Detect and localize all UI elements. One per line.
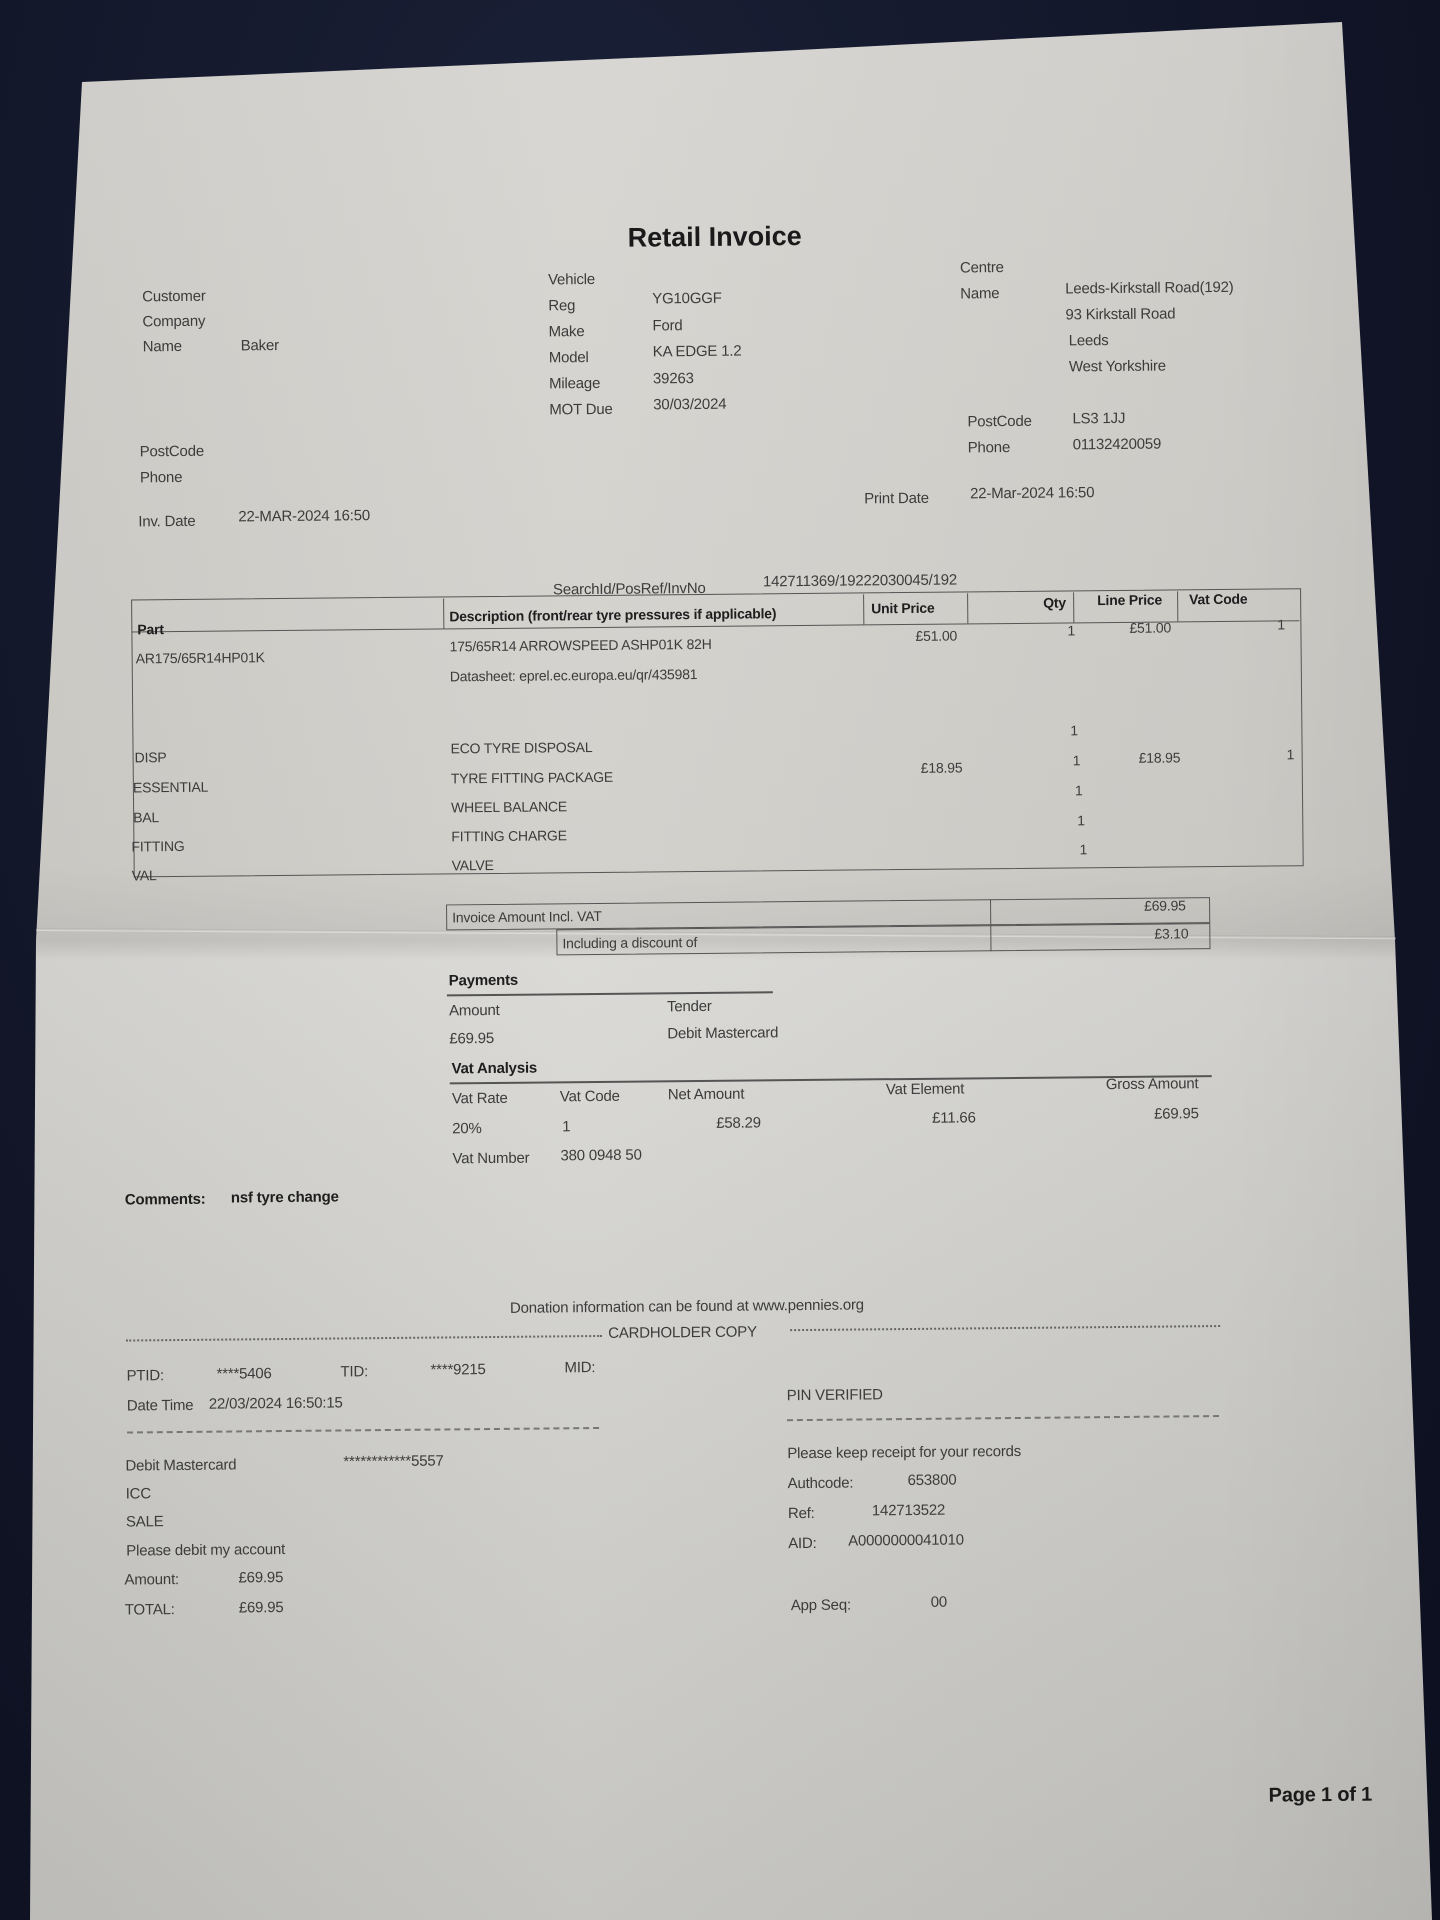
ptid-label: PTID: bbox=[126, 1367, 164, 1384]
comments-text: nsf tyre change bbox=[231, 1188, 339, 1206]
customer-company-label: Company bbox=[142, 313, 205, 331]
receipt-divider-left bbox=[127, 1427, 599, 1434]
keep-receipt-notice: Please keep receipt for your records bbox=[787, 1443, 1021, 1462]
row-description: VALVE bbox=[452, 857, 494, 873]
col-header-vat-code: Vat Code bbox=[1189, 591, 1247, 608]
payments-amount-label: Amount bbox=[449, 1002, 500, 1019]
pin-verified: PIN VERIFIED bbox=[787, 1386, 883, 1404]
customer-name: Baker bbox=[241, 337, 279, 354]
app-seq-label: App Seq: bbox=[791, 1597, 851, 1615]
payments-amount: £69.95 bbox=[449, 1030, 494, 1047]
customer-section-label: Customer bbox=[142, 288, 206, 306]
vat-analysis-underline bbox=[450, 1075, 1212, 1084]
receipt-divider-right bbox=[787, 1415, 1219, 1421]
receipt-amount: £69.95 bbox=[238, 1569, 283, 1586]
icc-label: ICC bbox=[126, 1485, 151, 1502]
row-unit-price: £18.95 bbox=[921, 759, 963, 775]
table-border bbox=[131, 588, 1304, 877]
row-part: AR175/65R14HP01K bbox=[136, 649, 265, 666]
centre-postcode-label: PostCode bbox=[967, 413, 1031, 431]
row-qty: 1 bbox=[1070, 722, 1078, 738]
vat-analysis-heading: Vat Analysis bbox=[452, 1060, 538, 1078]
tid-value: ****9215 bbox=[430, 1361, 485, 1379]
row-part: ESSENTIAL bbox=[133, 779, 208, 796]
inv-date: 22-MAR-2024 16:50 bbox=[238, 507, 370, 525]
authcode-label: Authcode: bbox=[788, 1475, 854, 1493]
comments-label: Comments: bbox=[125, 1191, 206, 1209]
authcode-value: 653800 bbox=[908, 1472, 957, 1489]
card-number: ************5557 bbox=[343, 1452, 443, 1470]
datetime-value: 22/03/2024 16:50:15 bbox=[209, 1394, 343, 1412]
aid-value: A0000000041010 bbox=[848, 1531, 964, 1549]
vehicle-make-label: Make bbox=[548, 323, 584, 340]
row-qty: 1 bbox=[1077, 812, 1085, 828]
ptid-value: ****5406 bbox=[216, 1365, 271, 1383]
vat-code: 1 bbox=[562, 1118, 570, 1135]
vat-col-gross: Gross Amount bbox=[1106, 1075, 1199, 1093]
datetime-label: Date Time bbox=[127, 1397, 194, 1415]
row-part: FITTING bbox=[131, 838, 184, 855]
row-vat-code: 1 bbox=[1287, 746, 1295, 762]
ref-label: Ref: bbox=[788, 1505, 815, 1522]
centre-address-line-1: Leeds-Kirkstall Road(192) bbox=[1065, 279, 1234, 298]
card-type: Debit Mastercard bbox=[125, 1456, 236, 1474]
row-part: DISP bbox=[135, 749, 167, 765]
banner-dots-right bbox=[790, 1325, 1220, 1331]
centre-address-line-3: Leeds bbox=[1069, 332, 1109, 349]
row-unit-price: £51.00 bbox=[915, 628, 957, 644]
vehicle-model-label: Model bbox=[549, 349, 589, 366]
receipt-total-label: TOTAL: bbox=[125, 1601, 175, 1618]
vat-gross-amount: £69.95 bbox=[1154, 1105, 1199, 1122]
donation-info: Donation information can be found at www… bbox=[510, 1296, 864, 1316]
banner-dots-left bbox=[126, 1335, 602, 1342]
ref-value: 142713522 bbox=[872, 1502, 945, 1520]
row-line-price: £51.00 bbox=[1129, 619, 1171, 635]
invoice-amount: £69.95 bbox=[1144, 897, 1186, 913]
vat-rate: 20% bbox=[452, 1120, 482, 1137]
centre-phone: 01132420059 bbox=[1073, 436, 1162, 454]
app-seq-value: 00 bbox=[931, 1594, 947, 1611]
vat-col-rate: Vat Rate bbox=[452, 1090, 508, 1108]
col-header-unit-price: Unit Price bbox=[871, 600, 935, 617]
vat-col-element: Vat Element bbox=[886, 1080, 965, 1098]
row-qty: 1 bbox=[1079, 841, 1087, 857]
aid-label: AID: bbox=[788, 1535, 817, 1552]
customer-name-label: Name bbox=[143, 338, 182, 355]
row-vat-code: 1 bbox=[1277, 616, 1285, 632]
tid-label: TID: bbox=[340, 1363, 368, 1380]
row-line-price: £18.95 bbox=[1139, 749, 1181, 765]
cardholder-copy-banner: CARDHOLDER COPY bbox=[608, 1323, 757, 1341]
print-date: 22-Mar-2024 16:50 bbox=[970, 484, 1094, 502]
centre-address-line-2: 93 Kirkstall Road bbox=[1065, 305, 1175, 323]
vehicle-mileage-label: Mileage bbox=[549, 375, 600, 392]
customer-postcode-label: PostCode bbox=[140, 443, 204, 461]
invoice-amount-label: Invoice Amount Incl. VAT bbox=[452, 908, 602, 925]
vat-col-net: Net Amount bbox=[668, 1086, 745, 1104]
row-qty: 1 bbox=[1067, 622, 1075, 638]
row-description: TYRE FITTING PACKAGE bbox=[451, 769, 613, 787]
row-part: BAL bbox=[133, 809, 159, 825]
discount-label: Including a discount of bbox=[562, 934, 697, 951]
row-description: FITTING CHARGE bbox=[451, 827, 567, 844]
col-header-qty: Qty bbox=[1043, 594, 1066, 610]
vat-col-code: Vat Code bbox=[560, 1088, 620, 1106]
centre-phone-label: Phone bbox=[968, 439, 1011, 456]
col-header-description: Description (front/rear tyre pressures i… bbox=[449, 605, 776, 624]
document-title: Retail Invoice bbox=[627, 221, 801, 254]
debit-notice: Please debit my account bbox=[126, 1541, 285, 1560]
col-header-part: Part bbox=[137, 621, 164, 637]
vat-number-label: Vat Number bbox=[452, 1150, 529, 1168]
centre-postcode: LS3 1JJ bbox=[1072, 410, 1125, 428]
search-ref-value: 142711369/19222030045/192 bbox=[763, 572, 957, 591]
col-header-line-price: Line Price bbox=[1097, 592, 1162, 609]
receipt-total: £69.95 bbox=[239, 1599, 284, 1616]
receipt-amount-label: Amount: bbox=[124, 1571, 179, 1589]
vat-element: £11.66 bbox=[932, 1109, 976, 1126]
row-description: WHEEL BALANCE bbox=[451, 798, 567, 815]
centre-name-label: Name bbox=[960, 285, 999, 302]
vehicle-reg: YG10GGF bbox=[652, 290, 722, 308]
vehicle-model: KA EDGE 1.2 bbox=[653, 343, 742, 361]
vehicle-reg-label: Reg bbox=[548, 297, 575, 314]
page-number: Page 1 of 1 bbox=[1269, 1784, 1373, 1808]
payments-tender: Debit Mastercard bbox=[667, 1024, 778, 1042]
vat-net-amount: £58.29 bbox=[716, 1114, 761, 1131]
payments-heading: Payments bbox=[449, 972, 518, 990]
vehicle-mot-due: 30/03/2024 bbox=[653, 396, 726, 414]
row-datasheet-note: Datasheet: eprel.ec.europa.eu/qr/435981 bbox=[450, 666, 698, 684]
discount-amount: £3.10 bbox=[1154, 925, 1188, 941]
row-part: VAL bbox=[132, 867, 157, 883]
row-description: ECO TYRE DISPOSAL bbox=[450, 739, 592, 756]
vehicle-mileage: 39263 bbox=[653, 370, 694, 387]
vat-number: 380 0948 50 bbox=[560, 1147, 641, 1165]
customer-phone-label: Phone bbox=[140, 469, 183, 486]
inv-date-label: Inv. Date bbox=[138, 513, 195, 531]
print-date-label: Print Date bbox=[864, 490, 929, 508]
row-qty: 1 bbox=[1073, 752, 1081, 768]
invoice-content: Retail Invoice Customer Company Name Bak… bbox=[0, 0, 1440, 1920]
vehicle-section-label: Vehicle bbox=[548, 271, 595, 288]
payments-tender-label: Tender bbox=[667, 998, 712, 1015]
transaction-type: SALE bbox=[126, 1513, 164, 1530]
centre-section-label: Centre bbox=[960, 259, 1004, 276]
payments-underline bbox=[447, 991, 773, 996]
vehicle-mot-due-label: MOT Due bbox=[549, 401, 613, 419]
row-description: 175/65R14 ARROWSPEED ASHP01K 82H bbox=[449, 636, 711, 655]
row-qty: 1 bbox=[1075, 782, 1083, 798]
centre-address-line-4: West Yorkshire bbox=[1069, 358, 1166, 376]
vehicle-make: Ford bbox=[652, 317, 682, 334]
mid-label: MID: bbox=[564, 1359, 595, 1376]
